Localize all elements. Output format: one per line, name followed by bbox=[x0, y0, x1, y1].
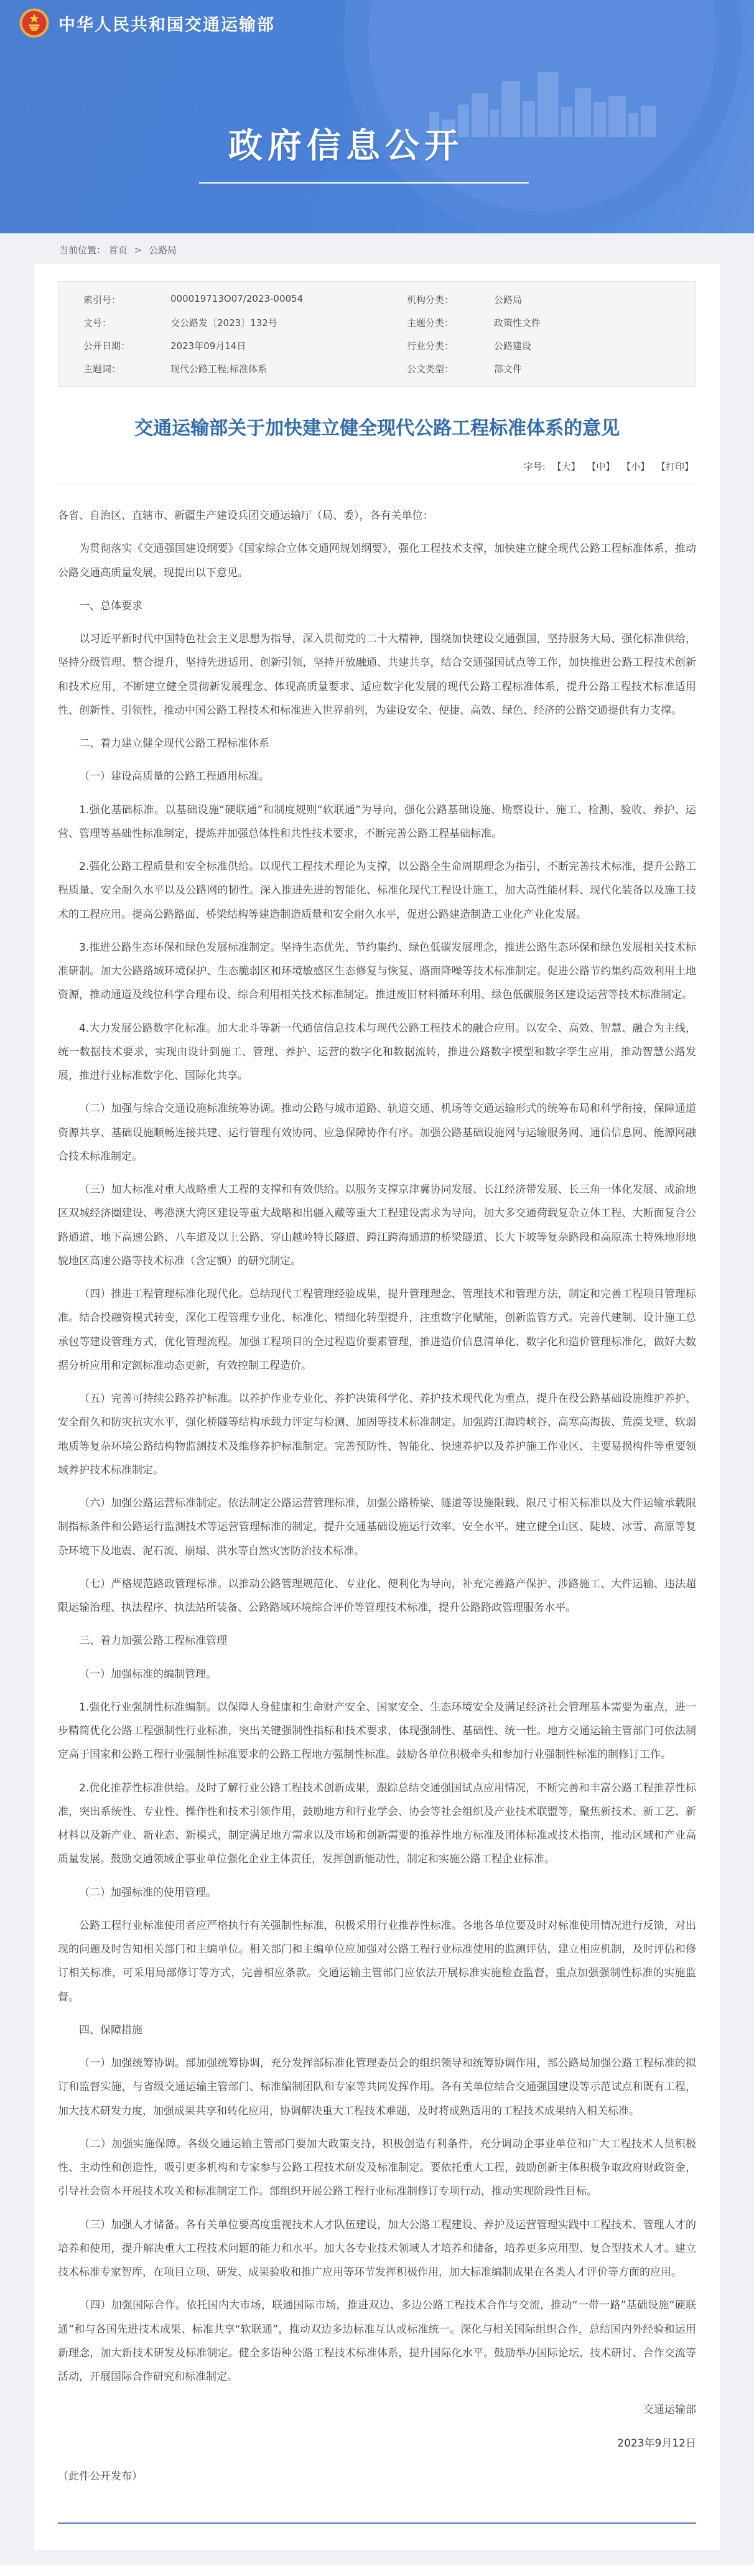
font-size-medium-button[interactable]: 【中】 bbox=[587, 461, 615, 472]
meta-label: 公文类型： bbox=[407, 362, 494, 375]
document-title: 交通运输部关于加快建立健全现代公路工程标准体系的意见 bbox=[89, 414, 665, 442]
paragraph: 四、保障措施 bbox=[58, 2018, 696, 2042]
paragraph: （一）加强标准的编制管理。 bbox=[58, 1663, 696, 1686]
header-banner: 中华人民共和国交通运输部 政府信息公开 bbox=[0, 0, 754, 233]
paragraph: 3.推进公路生态环保和绿色发展标准制定。坚持生态优先、节约集约、绿色低碳发展理念… bbox=[58, 936, 696, 1007]
site-name: 中华人民共和国交通运输部 bbox=[58, 11, 275, 35]
paragraph: 公路工程行业标准使用者应严格执行有关强制性标准，积极采用行业推荐性标准。各地各单… bbox=[58, 1914, 696, 2009]
paragraph: （四）加强国际合作。依托国内大市场，联通国际市场，推进双边、多边公路工程技术合作… bbox=[58, 2294, 696, 2389]
meta-label: 公开日期： bbox=[83, 339, 170, 352]
paragraph: 4.大力发展公路数字化标准。加大北斗等新一代通信信息技术与现代公路工程技术的融合… bbox=[58, 1017, 696, 1088]
breadcrumb-section-link[interactable]: 公路局 bbox=[149, 245, 177, 256]
breadcrumb-prefix: 当前位置： bbox=[59, 245, 106, 256]
font-size-large-button[interactable]: 【大】 bbox=[552, 461, 580, 472]
meta-label: 索引号： bbox=[83, 293, 170, 306]
meta-label: 主题词： bbox=[83, 362, 170, 375]
meta-value: 000019713O07/2023-00054 bbox=[170, 293, 407, 306]
font-size-label: 字号: bbox=[524, 461, 546, 472]
breadcrumb: 当前位置： 首页 > 公路局 bbox=[0, 233, 754, 264]
meta-row: 主题词：现代公路工程;标准体系公文类型：部文件 bbox=[58, 357, 696, 380]
paragraph: 一、总体要求 bbox=[58, 594, 696, 618]
paragraph: （二）加强与综合交通设施标准统筹协调。推动公路与城市道路、轨道交通、机场等交通运… bbox=[58, 1097, 696, 1169]
paragraph: 1.强化行业强制性标准编制。以保障人身健康和生命财产安全、国家安全、生态环境安全… bbox=[58, 1696, 696, 1767]
paragraph: 三、着力加强公路工程标准管理 bbox=[58, 1629, 696, 1653]
paragraph: 2023年9月12日 bbox=[58, 2432, 696, 2455]
page-title: 政府信息公开 bbox=[0, 118, 692, 167]
meta-value: 部文件 bbox=[494, 362, 696, 375]
meta-row: 索引号：000019713O07/2023-00054机构分类：公路局 bbox=[58, 288, 696, 311]
paragraph: 交通运输部 bbox=[58, 2398, 696, 2422]
paragraph: （二）加强标准的使用管理。 bbox=[58, 1881, 696, 1905]
font-size-small-button[interactable]: 【小】 bbox=[621, 461, 649, 472]
breadcrumb-home-link[interactable]: 首页 bbox=[109, 245, 128, 256]
meta-label: 行业分类： bbox=[407, 339, 494, 352]
meta-label: 机构分类： bbox=[407, 293, 494, 306]
breadcrumb-separator: > bbox=[134, 245, 142, 256]
footer-strip bbox=[0, 2565, 754, 2576]
paragraph: 以习近平新时代中国特色社会主义思想为指导，深入贯彻党的二十大精神，围绕加快建设交… bbox=[58, 627, 696, 722]
paragraph: 各省、自治区、直辖市、新疆生产建设兵团交通运输厅（局、委），各有关单位： bbox=[58, 504, 696, 528]
meta-value: 政策性文件 bbox=[494, 316, 696, 329]
meta-label: 文号： bbox=[83, 316, 170, 329]
national-emblem-icon bbox=[19, 7, 50, 39]
meta-value: 2023年09月14日 bbox=[170, 339, 407, 352]
title-underline bbox=[199, 182, 529, 184]
paragraph: （五）完善可持续公路养护标准。以养护作业专业化、养护决策科学化、养护技术现代化为… bbox=[58, 1387, 696, 1482]
paragraph: （三）加强人才储备。各有关单位要高度重视技术人才队伍建设，加大公路工程建设、养护… bbox=[58, 2213, 696, 2285]
meta-value: 公路局 bbox=[494, 293, 696, 306]
meta-value: 交公路发〔2023〕132号 bbox=[170, 316, 407, 329]
paragraph: （此件公开发布） bbox=[58, 2465, 696, 2488]
paragraph: 1.强化基础标准。以基础设施“硬联通”和制度规则“软联通”为导向，强化公路基础设… bbox=[58, 798, 696, 846]
site-brand: 中华人民共和国交通运输部 bbox=[19, 7, 275, 39]
article-body: 各省、自治区、直辖市、新疆生产建设兵团交通运输厅（局、委），各有关单位：为贯彻落… bbox=[58, 483, 696, 2488]
meta-value: 现代公路工程;标准体系 bbox=[170, 362, 407, 375]
paragraph: （三）加大标准对重大战略重大工程的支撑和有效供给。以服务支撑京津冀协同发展、长江… bbox=[58, 1178, 696, 1273]
content-area: 当前位置： 首页 > 公路局 索引号：000019713O07/2023-000… bbox=[0, 233, 754, 2565]
bottom-divider bbox=[58, 2522, 696, 2524]
paragraph: 为贯彻落实《交通强国建设纲要》《国家综合立体交通网规划纲要》，强化工程技术支撑，… bbox=[58, 537, 696, 585]
document-card: 索引号：000019713O07/2023-00054机构分类：公路局文号：交公… bbox=[34, 264, 720, 2550]
print-button[interactable]: 【打印】 bbox=[656, 461, 694, 472]
paragraph: （七）严格规范路政管理标准。以推动公路管理规范化、专业化、便利化为导向，补充完善… bbox=[58, 1572, 696, 1620]
meta-value: 公路建设 bbox=[494, 339, 696, 352]
meta-label: 主题分类： bbox=[407, 316, 494, 329]
meta-table: 索引号：000019713O07/2023-00054机构分类：公路局文号：交公… bbox=[58, 281, 696, 387]
paragraph: （六）加强公路运营标准制定。依法制定公路运营管理标准，加强公路桥梁、隧道等设施限… bbox=[58, 1491, 696, 1563]
paragraph: （四）推进工程管理标准化现代化。总结现代工程管理经验成果，提升管理理念、管理技术… bbox=[58, 1282, 696, 1378]
paragraph: （一）加强统筹协调。部加强统筹协调，充分发挥部标准化管理委员会的组织领导和统筹协… bbox=[58, 2051, 696, 2123]
paragraph: 2.强化公路工程质量和安全标准供给。以现代工程技术理论为支撑，以公路全生命周期理… bbox=[58, 855, 696, 926]
paragraph: （一）建设高质量的公路工程通用标准。 bbox=[58, 765, 696, 788]
paragraph: （二）加强实施保障。各级交通运输主管部门要加大政策支持，积极创造有利条件，充分调… bbox=[58, 2132, 696, 2204]
font-size-controls: 字号: 【大】 【中】 【小】 【打印】 bbox=[58, 460, 696, 483]
paragraph: 二、着力建立健全现代公路工程标准体系 bbox=[58, 732, 696, 755]
paragraph: 2.优化推荐性标准供给。及时了解行业公路工程技术创新成果，跟踪总结交通强国试点应… bbox=[58, 1776, 696, 1872]
meta-row: 文号：交公路发〔2023〕132号主题分类：政策性文件 bbox=[58, 311, 696, 334]
meta-row: 公开日期：2023年09月14日行业分类：公路建设 bbox=[58, 334, 696, 357]
